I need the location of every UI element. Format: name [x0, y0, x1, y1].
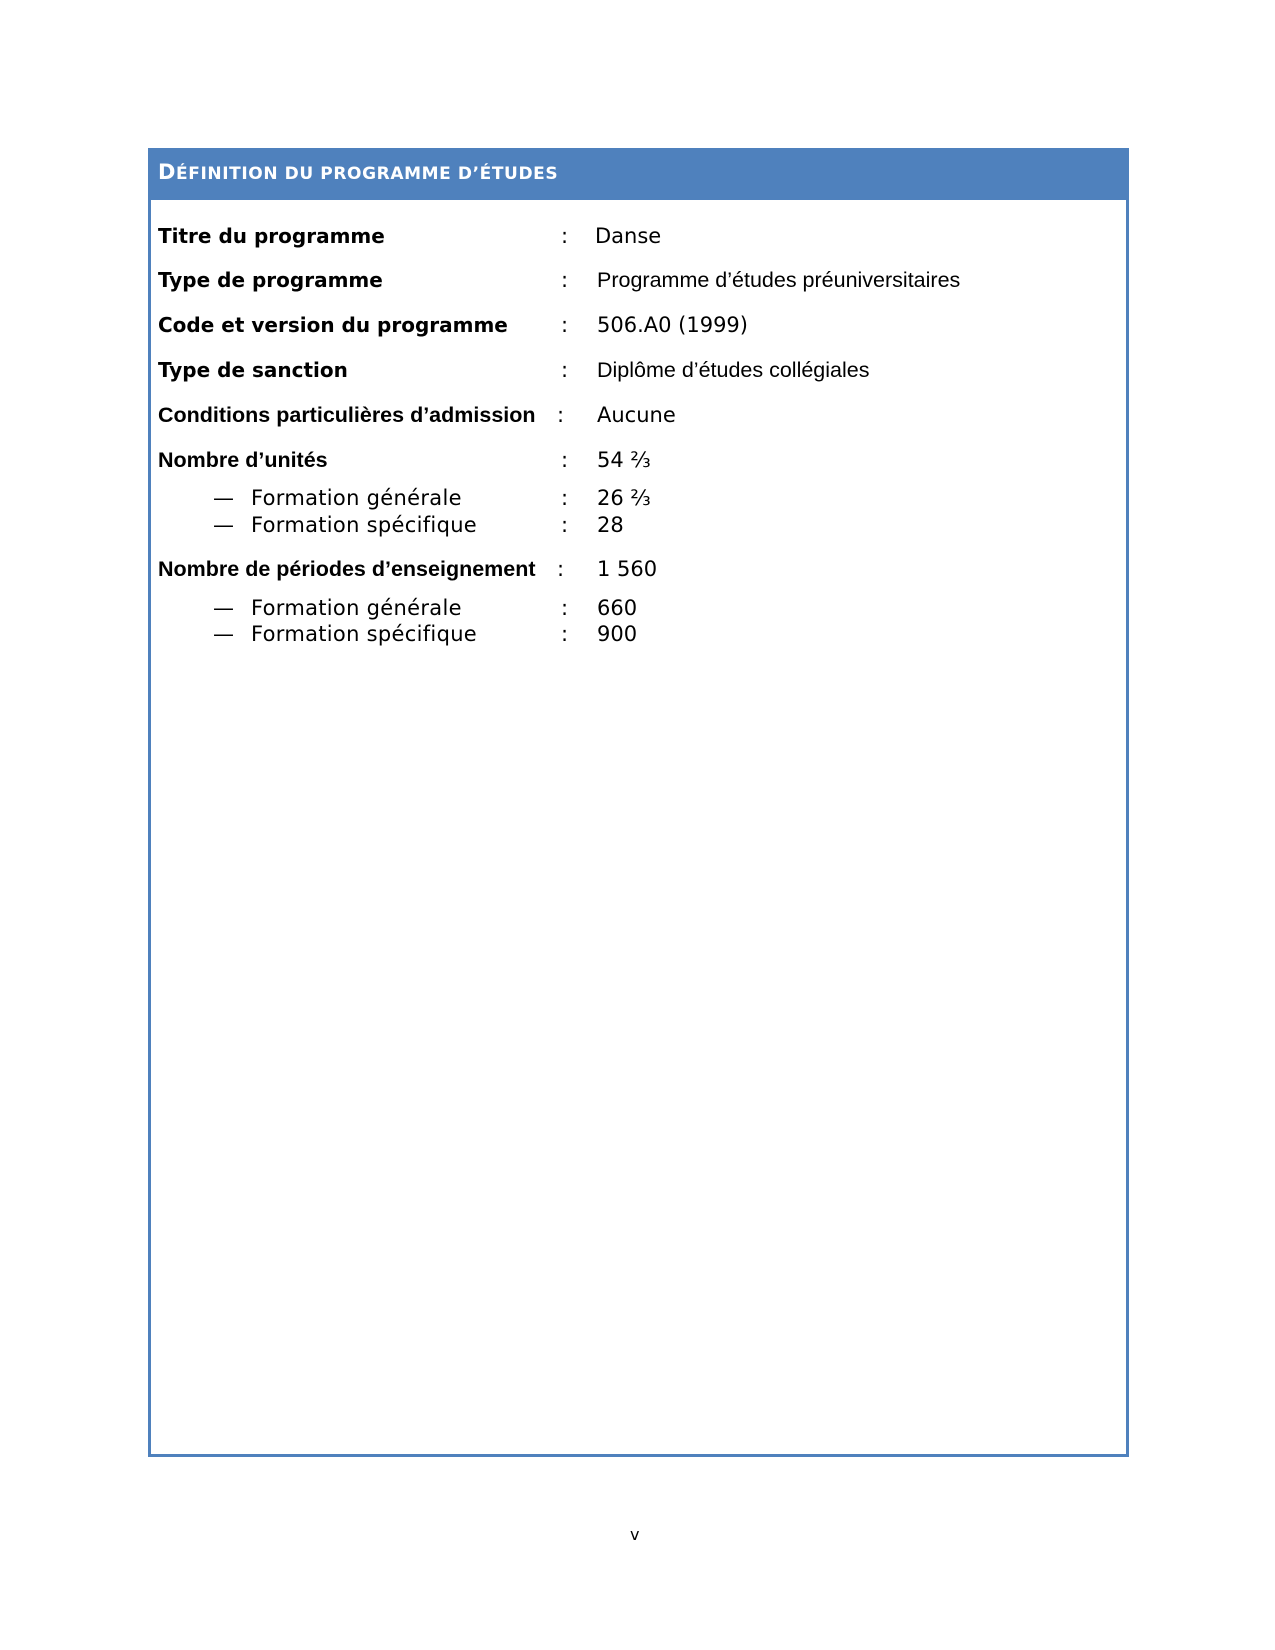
field-label: Conditions particulières d’admission	[158, 403, 536, 428]
separator: :	[561, 448, 568, 472]
field-value: 660	[597, 596, 637, 620]
field-value: 54 ⅔	[597, 448, 651, 472]
separator: :	[561, 513, 568, 537]
dash-bullet: —	[213, 596, 234, 620]
field-value: Programme d’études préuniversitaires	[597, 268, 960, 293]
page-number: v	[630, 1525, 639, 1544]
separator: :	[561, 358, 568, 382]
dash-bullet: —	[213, 486, 234, 510]
section-title: DÉFINITION DU PROGRAMME D’ÉTUDES	[158, 160, 558, 184]
separator: :	[561, 268, 568, 292]
field-label: Type de programme	[158, 268, 383, 292]
field-value: Danse	[595, 224, 661, 248]
field-label: Titre du programme	[158, 224, 385, 248]
field-value: 28	[597, 513, 624, 537]
field-label: Formation générale	[251, 486, 462, 510]
separator: :	[557, 403, 564, 427]
field-label: Formation générale	[251, 596, 462, 620]
field-value: 1 560	[597, 557, 657, 581]
field-label: Nombre d’unités	[158, 448, 328, 473]
dash-bullet: —	[213, 513, 234, 537]
field-value: 900	[597, 622, 637, 646]
section-header: DÉFINITION DU PROGRAMME D’ÉTUDES	[148, 148, 1129, 200]
separator: :	[561, 622, 568, 646]
field-label: Formation spécifique	[251, 622, 477, 646]
separator: :	[561, 224, 568, 248]
field-value: 26 ⅔	[597, 486, 651, 510]
field-label: Type de sanction	[158, 358, 348, 382]
separator: :	[561, 596, 568, 620]
field-value: Aucune	[597, 403, 676, 427]
field-label: Nombre de périodes d’enseignement	[158, 557, 536, 582]
dash-bullet: —	[213, 622, 234, 646]
separator: :	[561, 486, 568, 510]
field-label: Formation spécifique	[251, 513, 477, 537]
field-label: Code et version du programme	[158, 313, 508, 337]
field-value: 506.A0 (1999)	[597, 313, 748, 337]
separator: :	[557, 557, 564, 581]
separator: :	[561, 313, 568, 337]
definition-box	[148, 148, 1129, 1457]
field-value: Diplôme d’études collégiales	[597, 358, 870, 383]
